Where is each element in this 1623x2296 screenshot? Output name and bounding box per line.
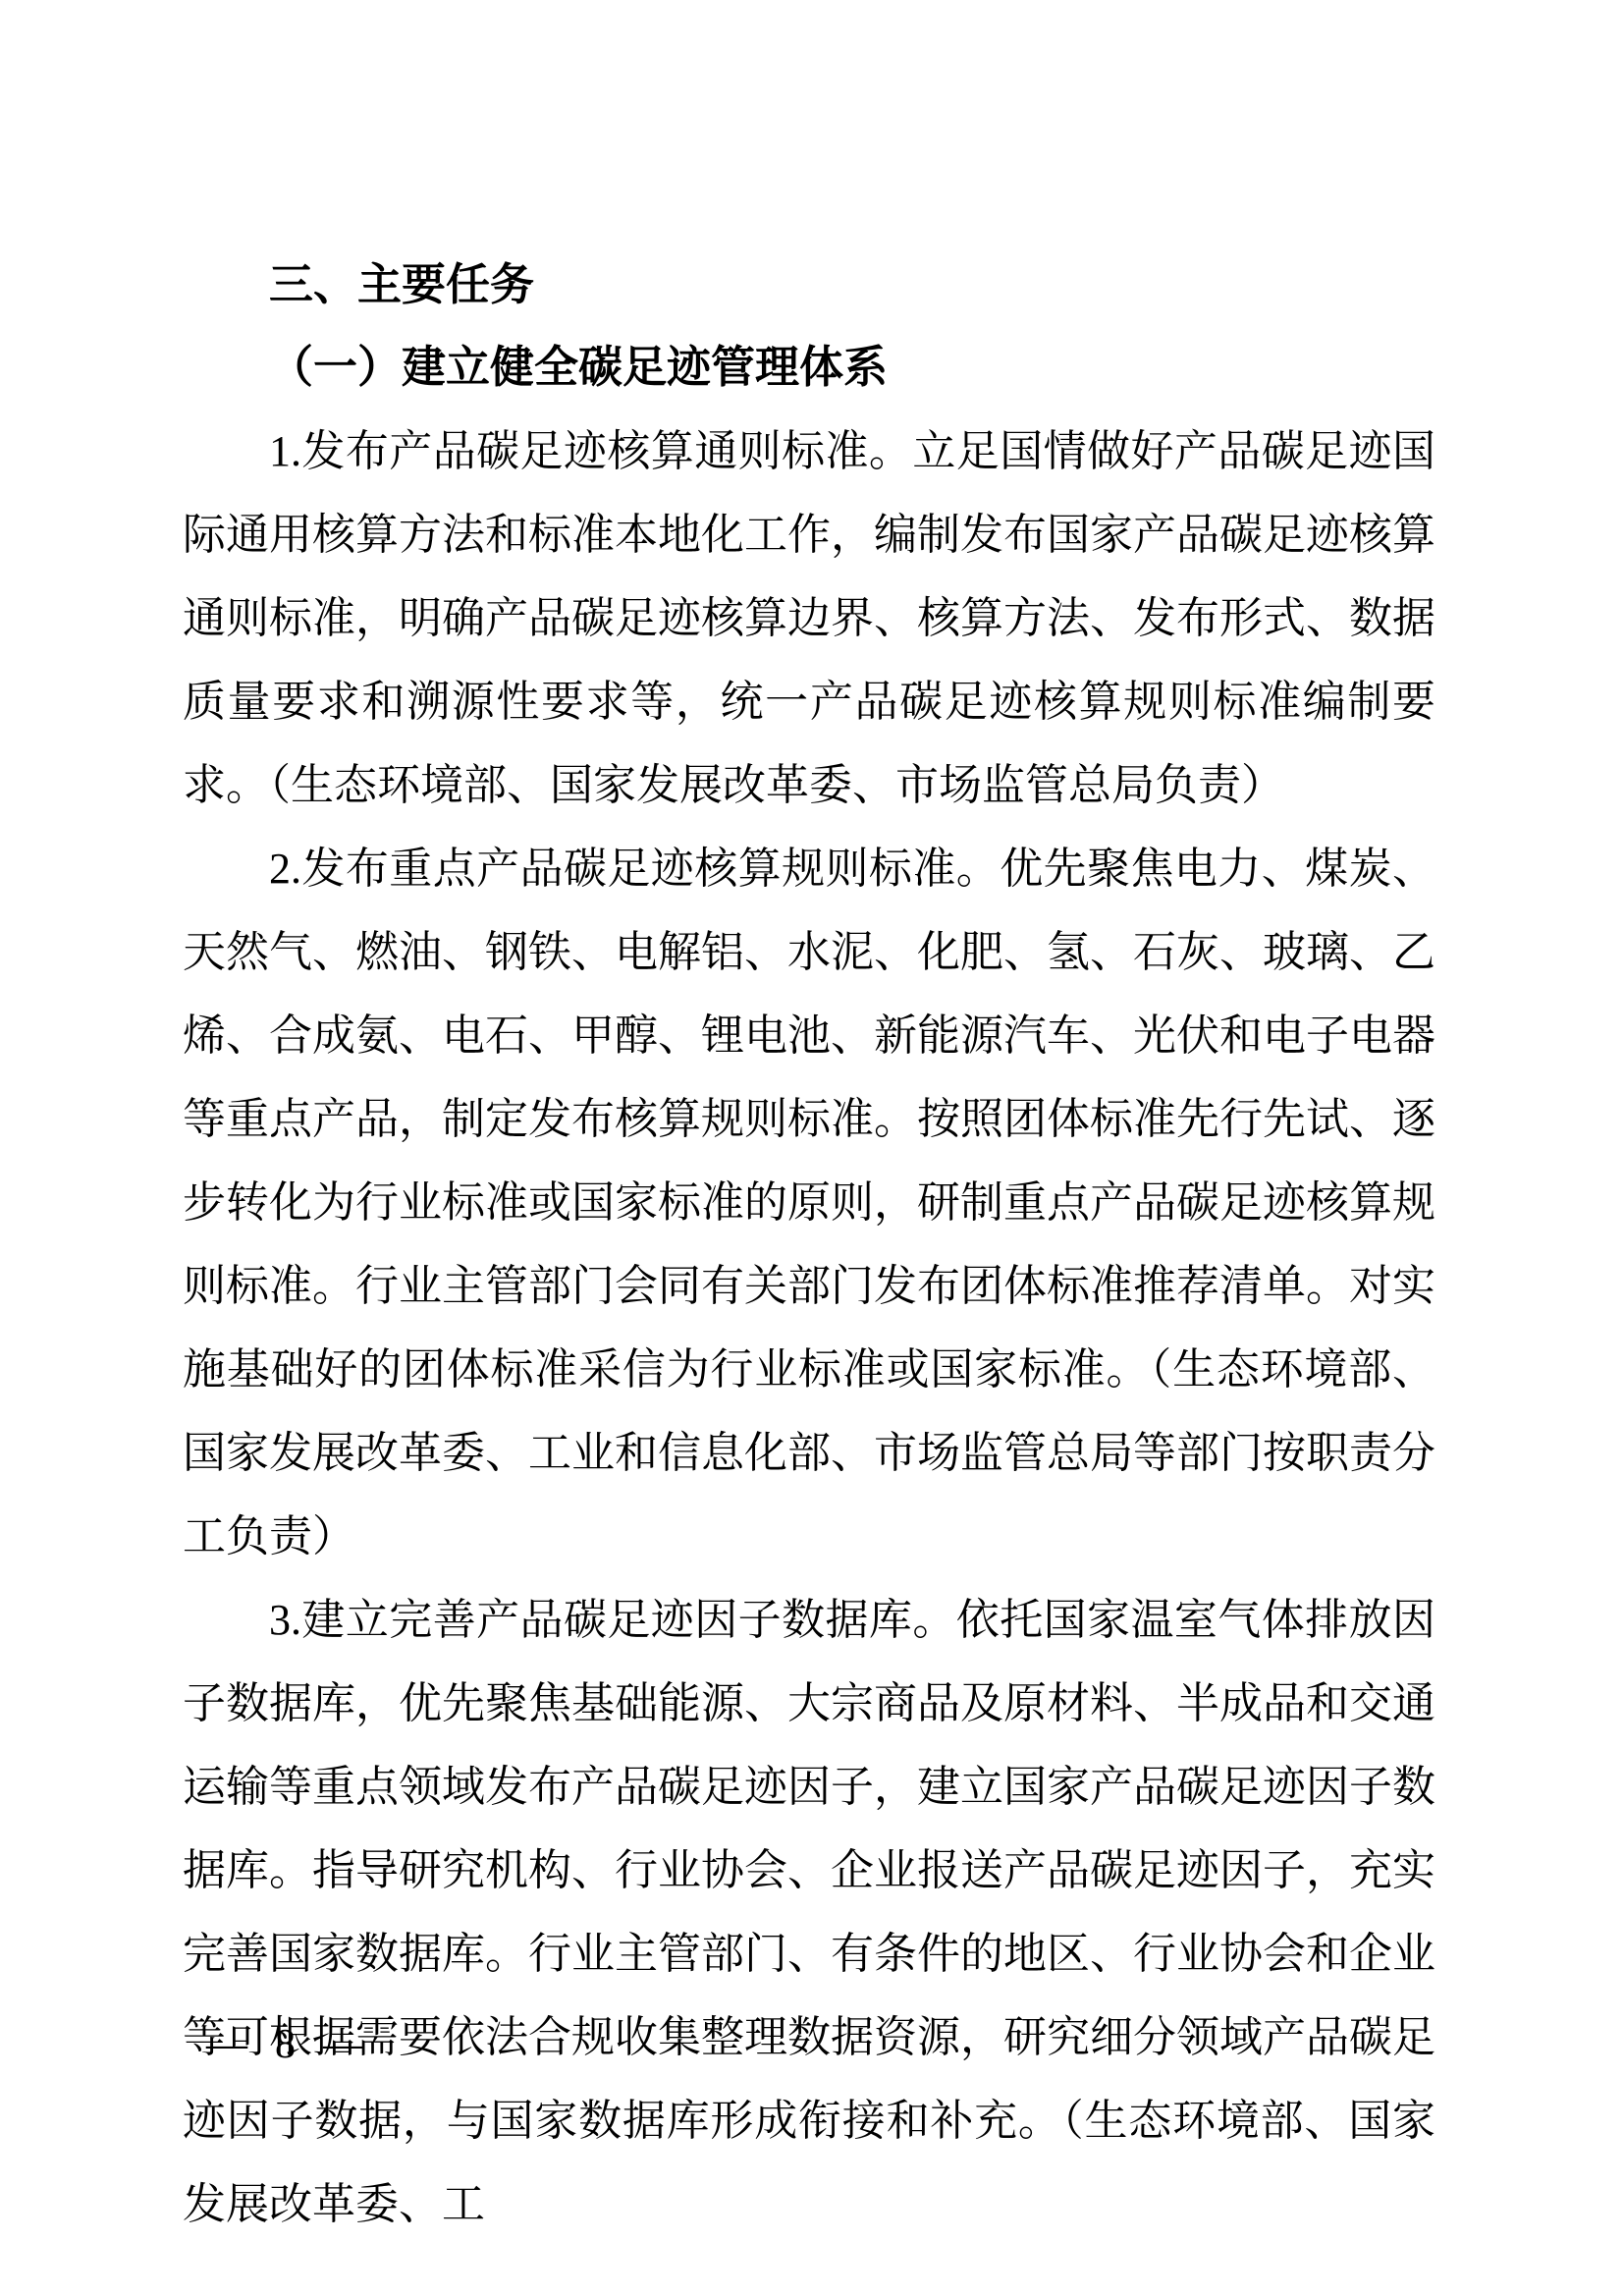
page-footer: —8— (206, 2021, 364, 2068)
footer-right-dash: — (323, 2021, 364, 2068)
footer-left-dash: — (206, 2021, 247, 2068)
section-heading: 三、主要任务 (183, 243, 1435, 326)
paragraph-3: 3.建立完善产品碳足迹因子数据库。依托国家温室气体排放因子数据库，优先聚焦基础能… (183, 1578, 1435, 2246)
subsection-heading: （一）建立健全碳足迹管理体系 (183, 326, 1435, 410)
document-page: 三、主要任务 （一）建立健全碳足迹管理体系 1.发布产品碳足迹核算通则标准。立足… (0, 0, 1623, 2296)
document-content: 三、主要任务 （一）建立健全碳足迹管理体系 1.发布产品碳足迹核算通则标准。立足… (183, 243, 1435, 2246)
paragraph-2: 2.发布重点产品碳足迹核算规则标准。优先聚焦电力、煤炭、天然气、燃油、钢铁、电解… (183, 827, 1435, 1578)
paragraph-1: 1.发布产品碳足迹核算通则标准。立足国情做好产品碳足迹国际通用核算方法和标准本地… (183, 410, 1435, 827)
page-number: 8 (275, 2021, 296, 2068)
